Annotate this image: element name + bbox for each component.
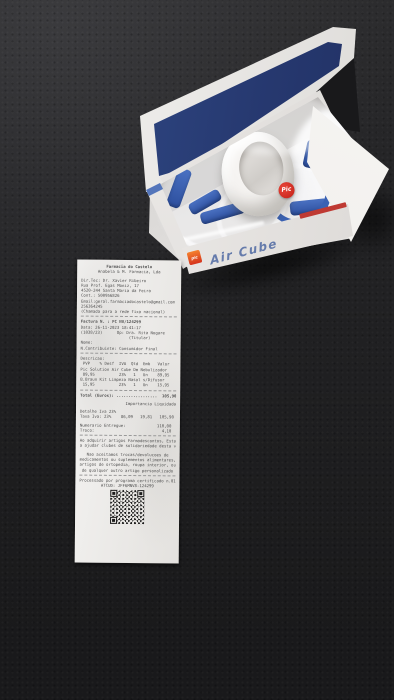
receipt-item-values: 15,95 23% 1 Un 15,95 (80, 382, 176, 388)
qr-finder-pattern (110, 490, 117, 497)
receipt-atcud: ATCUD: JFF6MNV8-124299 (79, 483, 175, 489)
receipt-change: Troco: 4,10 (80, 427, 176, 433)
receipt-divider (79, 474, 175, 476)
receipt-iva-values: Taxa Iva: 23% 86,09 19,81 105,90 (80, 414, 176, 420)
receipt-divider (80, 435, 176, 437)
photo-scene: Pic Air Cube pic Farmacia do Castelo Ana… (0, 0, 394, 700)
receipt-divider (80, 389, 176, 391)
qr-finder-pattern (110, 517, 117, 524)
receipt-promo-line: a ajudar clubes de solidariedade desta v… (80, 443, 176, 449)
receipt-address-line: (Chamada para a rede fixa nacional) (81, 309, 177, 315)
receipt-qr-code (110, 490, 144, 524)
pharmacy-receipt: Farmacia do Castelo Anabela & M. Farmaci… (75, 260, 182, 564)
receipt-divider (81, 316, 177, 318)
qr-finder-pattern (137, 490, 144, 497)
receipt-total: Total (Euros): ................. 105,90 (80, 392, 176, 398)
receipt-returns-line: de qualquer outro artigo personalizado (79, 467, 175, 473)
receipt-divider (81, 353, 177, 355)
receipt-taxpayer: N.Contribuinte: Consumidor Final (81, 345, 177, 351)
